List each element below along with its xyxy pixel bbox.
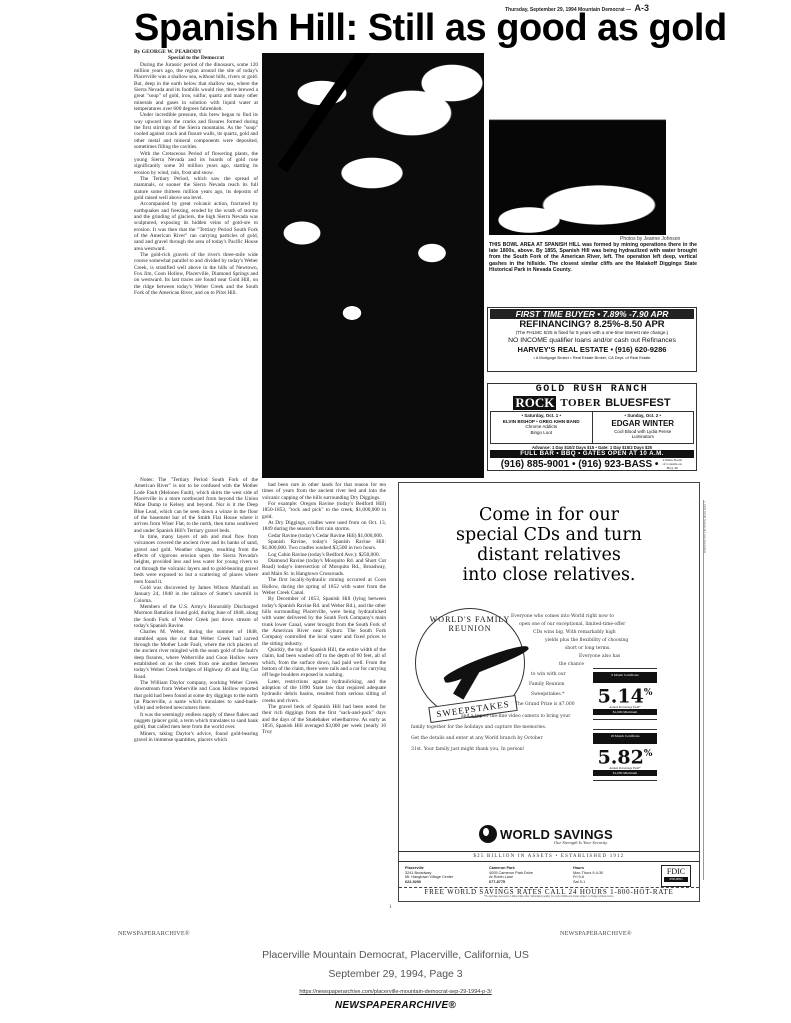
paragraph: During the Jurassic period of the dinosa… (134, 62, 258, 113)
paragraph: Quickly, the top of Spanish Hill, the en… (262, 647, 386, 679)
tagline: Our Strength Is Your Security. (554, 840, 608, 845)
paragraph: The William Daylor company, working Webe… (134, 680, 258, 712)
paragraph: By December of 1853, Spanish Hill (lying… (262, 596, 386, 647)
footer-url-link[interactable]: https://newspaperarchive.com/placerville… (0, 989, 791, 995)
article-column-1: By GEORGE W. PEABODY Special to the Demo… (134, 49, 258, 477)
phone-numbers: (916) 885-9001 • (916) 923-BASS • 2 mile… (488, 458, 696, 471)
rate-box-9-month: 9 Month Certificate 5.14% Annual Percent… (593, 668, 657, 720)
rate-label: 18 Month Certificate (593, 733, 657, 744)
bluesfest-title: BLUESFEST (605, 397, 670, 409)
paragraph: Spanish Ravine, today's Spanish Ravine H… (262, 539, 386, 552)
headline-line: into close relatives. (399, 565, 699, 585)
article-column-1-lower: Notes: The "Tertiary Period South Fork o… (134, 477, 258, 902)
rate-number: 5.14 (598, 685, 644, 707)
day-saturday: • Saturday, Oct. 1 • ELVIN BISHOP • GREG… (491, 412, 592, 443)
ad-body-line: Family Reunion (529, 681, 565, 688)
act: Bingo Loot (491, 430, 592, 436)
fdic-insured: INSURED (664, 877, 688, 882)
headline-line: special CDs and turn (399, 525, 699, 545)
paragraph: Charles M. Weber, during the summer of 1… (134, 629, 258, 680)
paragraph: The gold-rich gravels of the river's thr… (134, 252, 258, 296)
amenities-bar: FULL BAR • BBQ • GATES OPEN AT 10 A.M. (490, 450, 694, 458)
globe-icon (479, 825, 497, 843)
ad-harveys: HARVEY'S REAL ESTATE • (916) 620-9286 (490, 345, 694, 355)
rate-number: 5.82 (598, 746, 644, 768)
photo-hillside-tree (262, 53, 484, 478)
watermark-left: NEWSPAPERARCHIVE® (118, 930, 190, 937)
branch-cameron-park: Cameron Park 4005 Cameron Park Drive At … (489, 866, 573, 884)
paragraph: Under incredible pressure, this brew beg… (134, 112, 258, 150)
tober-logo: TOBER (560, 397, 601, 409)
photo-bowl-area (489, 90, 666, 235)
headline: Spanish Hill: Still as good as gold (134, 8, 704, 48)
ad-first-time-buyer: FIRST TIME BUYER • 7.89% -7.90 APR (490, 309, 694, 319)
page-number: 1 (389, 905, 392, 910)
fdic-text: FDIC (662, 866, 690, 877)
paragraph: Miners, taking Daylor's advice, found go… (134, 731, 258, 744)
ad-body-line: Everyone also has (579, 653, 620, 660)
photo-caption: THIS BOWL AREA AT SPANISH HILL was forme… (489, 242, 697, 273)
real-estate-ad: FIRST TIME BUYER • 7.89% -7.90 APR REFIN… (487, 307, 697, 372)
side-copyright-strip: ©1994 World Savings & Loan Association (703, 500, 707, 880)
paragraph: Gold was discovered by James Wilson Mars… (134, 585, 258, 604)
ad-body-line: Get the details and enter at any World b… (411, 735, 543, 742)
headline-line: Come in for our (399, 505, 699, 525)
footer-publication: Placerville Mountain Democrat, Placervil… (0, 949, 791, 961)
ad-body-line: and a top-of-the-line video camera to br… (461, 713, 570, 720)
rate-box-18-month: 18 Month Certificate 5.82% Annual Percen… (593, 729, 657, 781)
branch-phone: 622-9200 (405, 880, 489, 885)
ad-body-line: Everyone who comes into World right now … (511, 613, 614, 620)
branch-placerville: Placerville 3241 Broadway Mt. Hangtown V… (405, 866, 489, 884)
paragraph: had been rare in other lands for that re… (262, 482, 386, 501)
paragraph: Notes: The "Tertiary Period South Fork o… (134, 477, 258, 534)
ad-broker-note: • A Mortgage Broker • Real Estate Broker… (490, 355, 694, 360)
paragraph: With the Cretaceous Period of flowering … (134, 151, 258, 176)
paragraph: Accompanied by great volcanic action, fr… (134, 201, 258, 252)
footer-date: September 29, 1994, Page 3 (0, 968, 791, 980)
rate-minimum: $1,000 Minimum (593, 709, 657, 715)
ad-body-line: Sweepstakes.* (531, 691, 564, 698)
act: Luminators (593, 434, 694, 440)
ad-headline: Come in for our special CDs and turn dis… (399, 505, 699, 585)
fdic-logo: FDIC INSURED (661, 865, 691, 887)
rate-value: 5.14% (593, 683, 657, 706)
day-sunday: • Sunday, Oct. 2 • EDGAR WINTER Cool Blo… (592, 412, 694, 443)
lineup: • Saturday, Oct. 1 • ELVIN BISHOP • GREG… (490, 411, 694, 444)
phones-text: (916) 885-9001 • (916) 923-BASS • (501, 459, 659, 470)
location-note: 2 miles North of Coloma on Hwy 49 (661, 458, 683, 470)
airplane-icon (442, 641, 530, 686)
paragraph: The gravel beds of Spanish Hill had been… (262, 704, 386, 736)
venue-name: GOLD RUSH RANCH (488, 384, 696, 395)
ad-no-income: NO INCOME qualifier loans and/or cash ou… (490, 336, 694, 345)
watermark-right: NEWSPAPERARCHIVE® (560, 930, 632, 937)
paragraph: For example: Oregon Ravine (today's Bedf… (262, 501, 386, 520)
seal-text: WORLD'S FAMILY REUNION (416, 615, 524, 633)
rate-unit: % (644, 688, 653, 698)
footer-brand-logo: NEWSPAPERARCHIVE® (0, 1000, 791, 1011)
ad-body-line: the chance (559, 661, 584, 668)
fest-title: ROCK TOBER BLUESFEST (488, 395, 696, 410)
branch-hours: Hours Mon-Thurs 9-4:30 Fri 9-6 Sat 9-1 (573, 866, 657, 884)
ad-refinancing: REFINANCING? 8.25%-8.50 APR (490, 319, 694, 330)
bluesfest-ad: GOLD RUSH RANCH ROCK TOBER BLUESFEST • S… (487, 383, 697, 471)
rate-minimum: $1,000 Minimum (593, 770, 657, 776)
paragraph: It was the seemingly endless supply of t… (134, 712, 258, 731)
article-column-2: had been rare in other lands for that re… (262, 482, 386, 902)
headliner: EDGAR WINTER (593, 419, 694, 429)
ad-body-line: short or long terms. (565, 645, 611, 652)
photo-branch-shape (277, 53, 390, 172)
rate-value: 5.82% (593, 744, 657, 767)
paragraph: The first locally-hydraulic mining occur… (262, 577, 386, 596)
ad-body-line: 31st. Your family just might thank you. … (411, 746, 525, 753)
rock-logo: ROCK (513, 396, 556, 410)
ad-body-line: The Grand Prize is $7,000 (515, 701, 575, 708)
world-savings-ad: Come in for our special CDs and turn dis… (398, 482, 700, 902)
paragraph: At Dry Diggings, cradles were used from … (262, 520, 386, 533)
rate-label: 9 Month Certificate (593, 672, 657, 683)
ad-body-line: family together for the holidays and cap… (411, 724, 546, 731)
paragraph: In time, many layers of ash and mud flow… (134, 534, 258, 585)
paragraph: Members of the U.S. Army's Honorably Dis… (134, 604, 258, 629)
ad-body-line: yields plus the flexibility of choosing (545, 637, 628, 644)
branch-phone: 677-8775 (489, 880, 573, 885)
headline-line: distant relatives (399, 545, 699, 565)
ad-body-line: to win with our (531, 671, 566, 678)
branch-line: Sat 9-1 (573, 880, 657, 885)
assets-line: $25 BILLION IN ASSETS • ESTABLISHED 1912 (399, 851, 699, 862)
ad-body-line: CDs wins big. With remarkably high (533, 629, 616, 636)
rate-unit: % (644, 749, 653, 759)
ad-body-line: open one of our exceptional, limited-tim… (519, 621, 625, 628)
ad-fine-print: *No purchase necessary. Limited time off… (399, 895, 699, 898)
paragraph: Later, restrictions against hydraulickin… (262, 679, 386, 704)
paragraph: Diamond Ravine (today's Mosquito Rd. and… (262, 558, 386, 577)
paragraph: The Tertiary Period, which saw the sprea… (134, 176, 258, 201)
article-column-3 (390, 482, 391, 483)
branch-list: Placerville 3241 Broadway Mt. Hangtown V… (405, 866, 695, 884)
